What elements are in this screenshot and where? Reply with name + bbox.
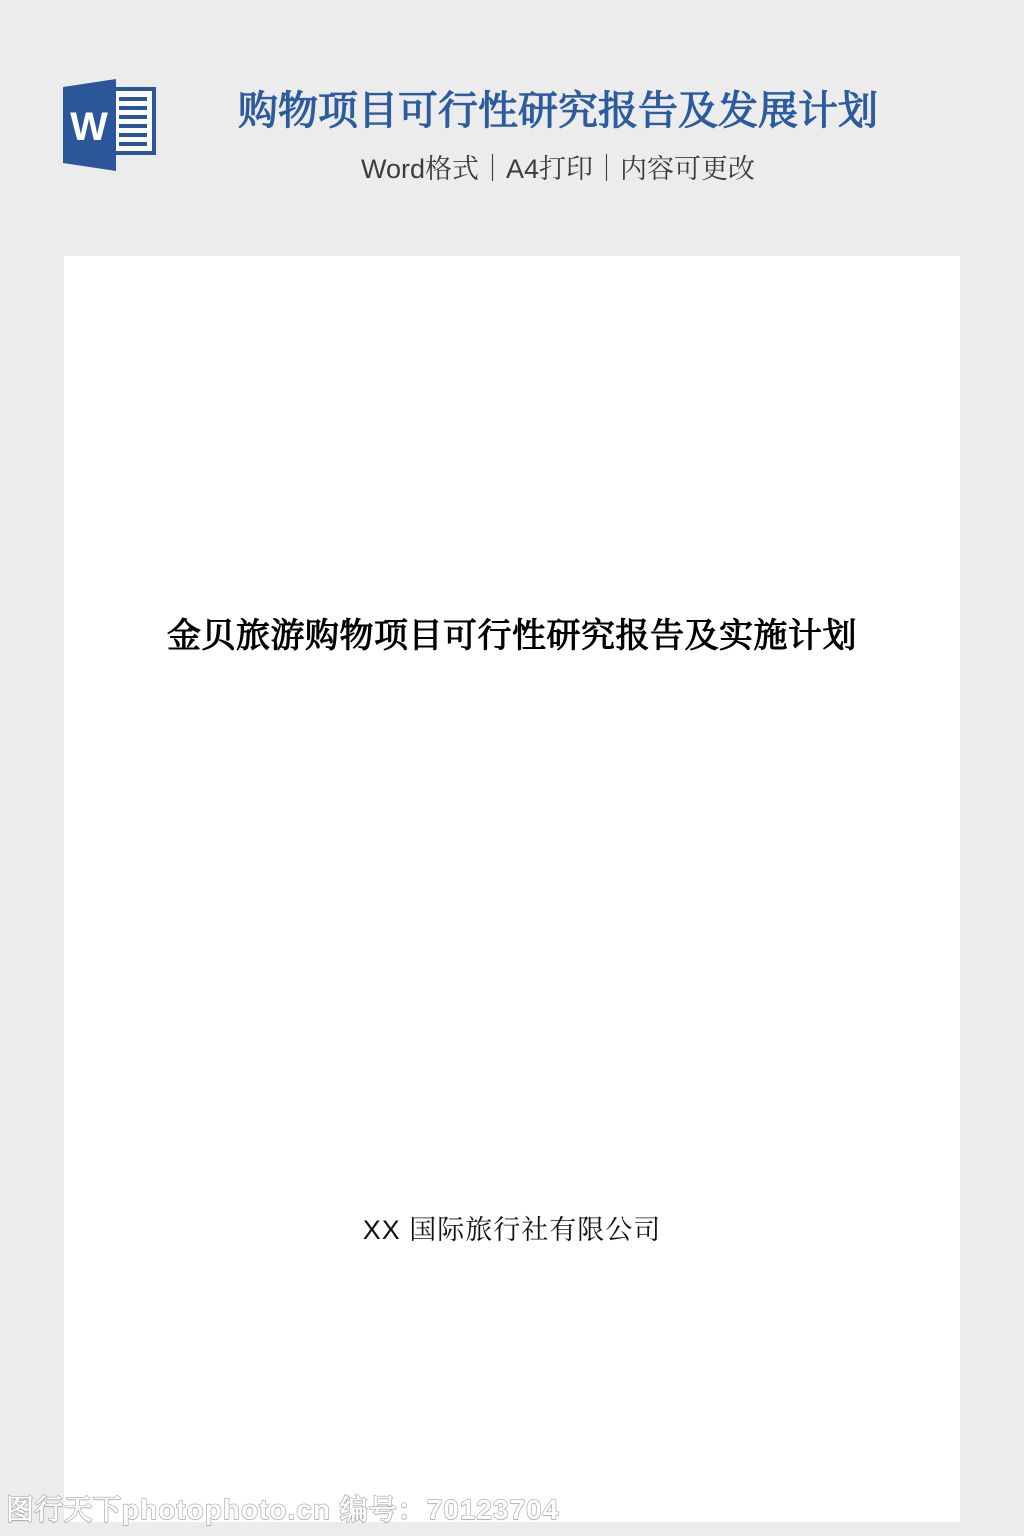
- document-company-line: XX 国际旅行社有限公司: [64, 1208, 960, 1247]
- template-preview: W 购物项目可行性研究报告及发展计划 Word格式｜A4打印｜内容可更改 金贝旅…: [0, 0, 1024, 1536]
- page-title: 购物项目可行性研究报告及发展计划: [100, 86, 1016, 136]
- document-cover-title: 金贝旅游购物项目可行性研究报告及实施计划: [64, 608, 960, 657]
- format-subtitle: Word格式｜A4打印｜内容可更改: [100, 152, 1016, 187]
- site-watermark: 图行天下photophoto.cn 编号：70123704: [6, 1488, 559, 1528]
- document-page: 金贝旅游购物项目可行性研究报告及实施计划 XX 国际旅行社有限公司: [64, 256, 960, 1522]
